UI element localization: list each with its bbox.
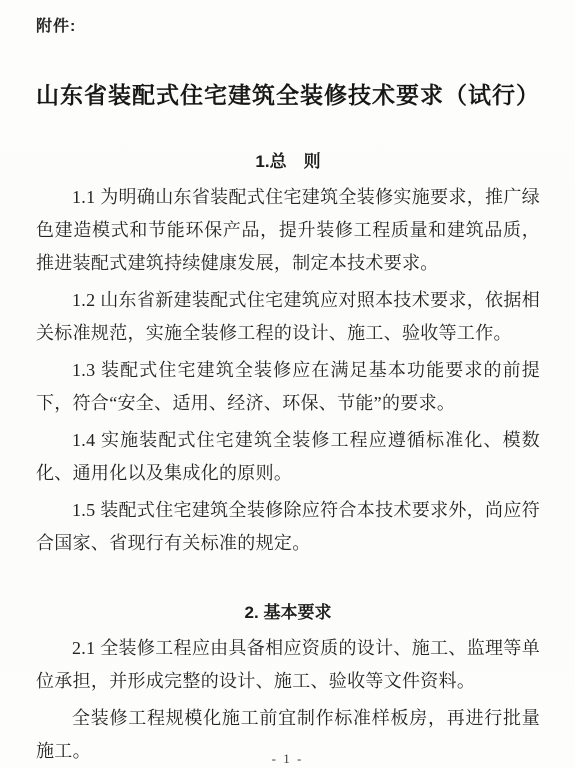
section-2-heading: 2. 基本要求: [36, 598, 540, 623]
paragraph-1-2: 1.2 山东省新建装配式住宅建筑应对照本技术要求，依据相关标准规范，实施全装修工…: [36, 284, 540, 350]
paragraph-2-1: 2.1 全装修工程应由具备相应资质的设计、施工、监理等单位承担，并形成完整的设计…: [36, 632, 540, 698]
attachment-label: 附件:: [36, 13, 540, 36]
section-1-heading: 1.总 则: [36, 147, 540, 172]
document-title: 山东省装配式住宅建筑全装修技术要求（试行）: [36, 77, 540, 110]
page-number: - 1 -: [0, 751, 575, 767]
paragraph-1-1: 1.1 为明确山东省装配式住宅建筑全装修实施要求，推广绿色建造模式和节能环保产品…: [36, 181, 540, 280]
document-page: 附件: 山东省装配式住宅建筑全装修技术要求（试行） 1.总 则 1.1 为明确山…: [0, 0, 575, 768]
paragraph-1-5: 1.5 装配式住宅建筑全装修除应符合本技术要求外，尚应符合国家、省现行有关标准的…: [36, 494, 540, 560]
paragraph-1-3: 1.3 装配式住宅建筑全装修应在满足基本功能要求的前提下，符合“安全、适用、经济…: [36, 354, 540, 420]
paragraph-1-4: 1.4 实施装配式住宅建筑全装修工程应遵循标准化、模数化、通用化以及集成化的原则…: [36, 424, 540, 490]
